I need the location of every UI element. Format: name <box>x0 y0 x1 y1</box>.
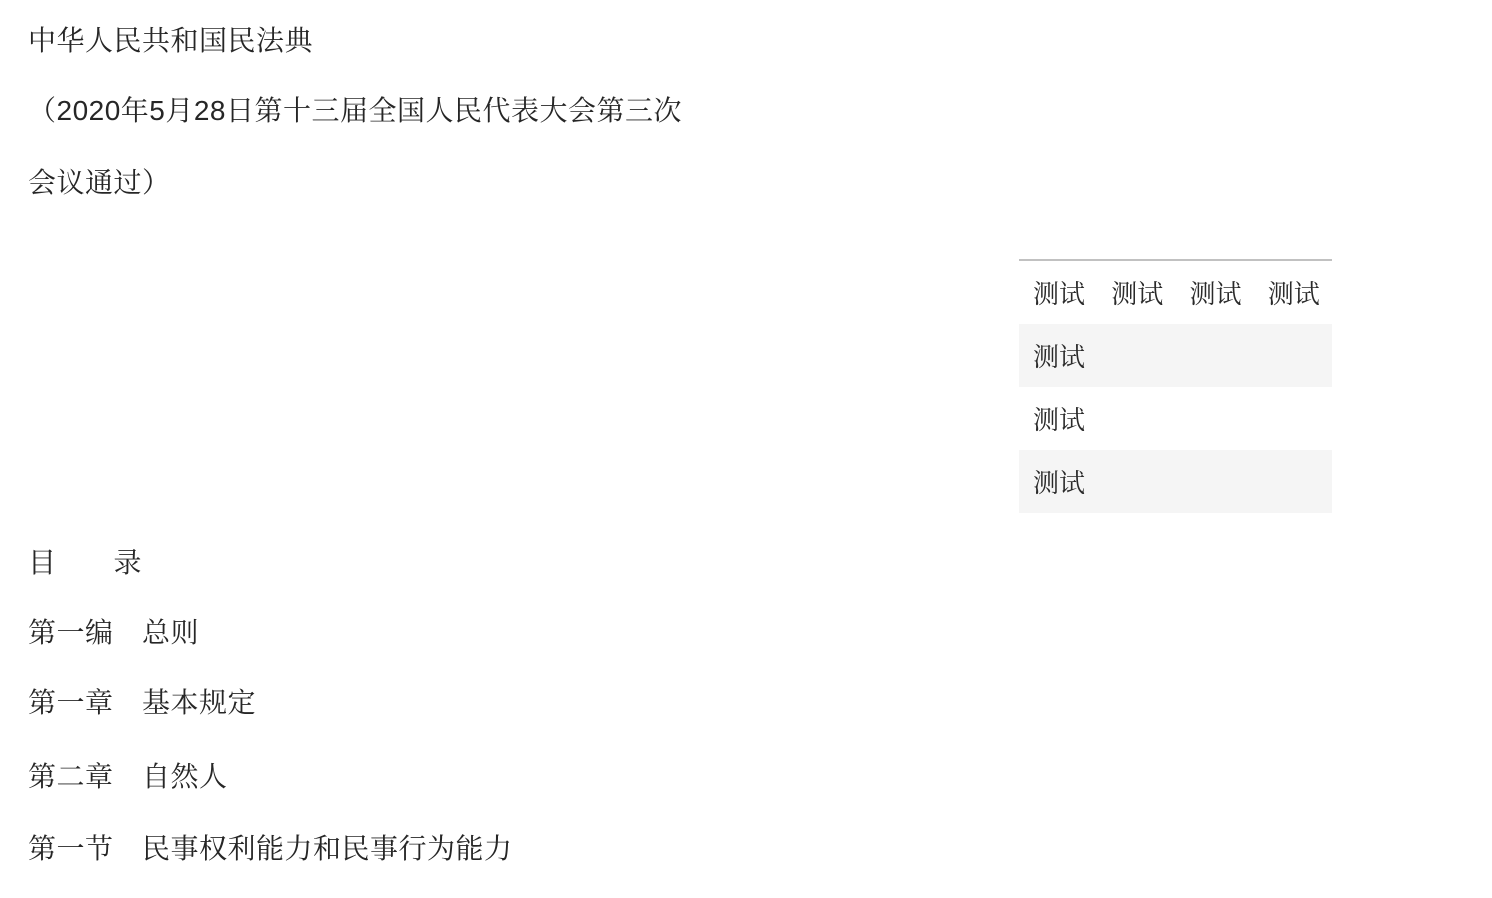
table-cell <box>1176 324 1254 387</box>
toc-item-section1: 第一节 民事权利能力和民事行为能力 <box>28 835 513 863</box>
table-row: 测试 <box>1019 387 1332 450</box>
table-header-cell: 测试 <box>1254 260 1332 324</box>
document-page: 中华人民共和国民法典 （2020年5月28日第十三届全国人民代表大会第三次 会议… <box>0 0 1492 898</box>
test-table: 测试 测试 测试 测试 测试 测试 <box>1019 259 1332 513</box>
table-row: 测试 <box>1019 324 1332 387</box>
table-cell: 测试 <box>1019 387 1097 450</box>
table-cell <box>1176 387 1254 450</box>
table-cell <box>1254 324 1332 387</box>
table-header-cell: 测试 <box>1019 260 1097 324</box>
toc-item-chapter1: 第一章 基本规定 <box>28 689 256 717</box>
table-cell <box>1097 450 1175 513</box>
table-cell: 测试 <box>1019 450 1097 513</box>
toc-item-chapter2: 第二章 自然人 <box>28 763 228 791</box>
table-cell: 测试 <box>1019 324 1097 387</box>
table-header-cell: 测试 <box>1176 260 1254 324</box>
table-cell <box>1176 450 1254 513</box>
table-row: 测试 <box>1019 450 1332 513</box>
document-subtitle-line1: （2020年5月28日第十三届全国人民代表大会第三次 <box>28 97 682 125</box>
table-cell <box>1254 450 1332 513</box>
table-cell <box>1097 324 1175 387</box>
document-title: 中华人民共和国民法典 <box>28 27 313 55</box>
table-cell <box>1097 387 1175 450</box>
table-header-row: 测试 测试 测试 测试 <box>1019 260 1332 324</box>
document-subtitle-line2: 会议通过） <box>28 169 171 197</box>
test-table-container: 测试 测试 测试 测试 测试 测试 <box>1019 259 1332 513</box>
toc-item-part1: 第一编 总则 <box>28 619 199 647</box>
table-cell <box>1254 387 1332 450</box>
toc-heading: 目 录 <box>28 549 142 577</box>
table-header-cell: 测试 <box>1097 260 1175 324</box>
